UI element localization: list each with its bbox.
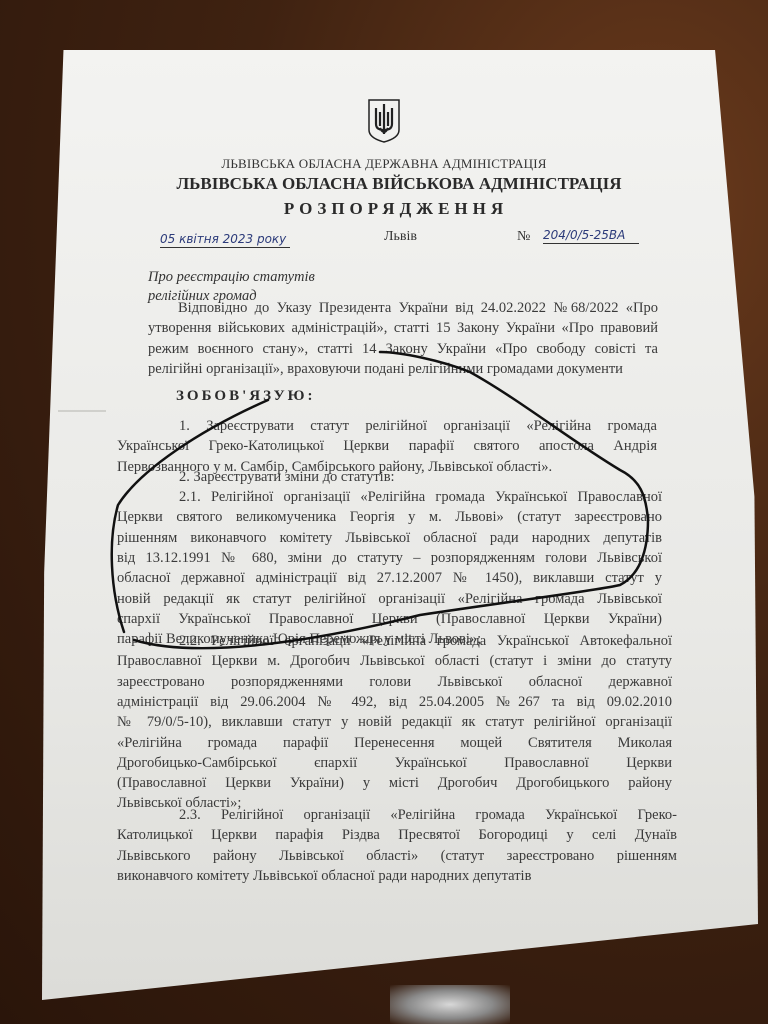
subject-line: Про реєстрацію статутів <box>148 268 315 287</box>
text-line: Дрогобицько-Самбірської єпархії Українсь… <box>117 754 672 774</box>
text-line: новій редакції як статут релігійної орга… <box>117 590 662 610</box>
text-line: від 13.12.1991 № 680, зміни до статуту –… <box>117 549 662 569</box>
text-line: Львівського району Львівської області» (… <box>117 847 677 867</box>
text-line: релігійні організації», враховуючи подан… <box>148 360 658 380</box>
city: Львів <box>384 229 417 245</box>
text-line: 1. Зареєструвати статут релігійної орган… <box>179 417 657 437</box>
handwritten-number: 204/0/5-25ВА <box>543 228 639 244</box>
text-line: Католицької Церкви парафія Різдва Пресвя… <box>117 826 677 846</box>
text-line: (Православної Церкви України) у місті Др… <box>117 774 672 794</box>
handwritten-date: 05 квітня 2023 року <box>160 232 290 248</box>
header-decree-title: РОЗПОРЯДЖЕННЯ <box>0 199 768 219</box>
header-military-admin: ЛЬВІВСЬКА ОБЛАСНА ВІЙСЬКОВА АДМІНІСТРАЦІ… <box>0 174 768 194</box>
number-label: № <box>517 229 530 245</box>
text-line: Відповідно до Указу Президента України в… <box>178 299 658 319</box>
obligation-heading: ЗОБОВ'ЯЗУЮ: <box>176 388 316 405</box>
ukraine-trident-icon <box>367 98 401 144</box>
decree-document: ЛЬВІВСЬКА ОБЛАСНА ДЕРЖАВНА АДМІНІСТРАЦІЯ… <box>0 0 768 1024</box>
text-line: 2.2. Релігійної організації «Релігійна г… <box>179 632 672 652</box>
text-line: рішенням виконавчого комітету Львівської… <box>117 529 662 549</box>
text-line: єпархії Української Православної Церкви … <box>117 610 662 630</box>
text-line: Церкви святого великомученика Георгія у … <box>117 508 662 528</box>
text-line: 2. Зареєструвати зміни до статутів: <box>179 468 479 488</box>
text-line: адміністрації від 29.06.2004 № 492, від … <box>117 693 672 713</box>
text-line: утворення військових адміністрацій», ста… <box>148 319 658 339</box>
header-state-admin: ЛЬВІВСЬКА ОБЛАСНА ДЕРЖАВНА АДМІНІСТРАЦІЯ <box>0 156 768 172</box>
text-line: обласної державної адміністрації від 27.… <box>117 569 662 589</box>
text-line: режим воєнного стану», статті 14 Закону … <box>148 340 658 360</box>
text-line: зареєстровано розпорядженнями голови Льв… <box>117 673 672 693</box>
text-line: Української Греко-Католицької Церкви пар… <box>117 437 657 457</box>
text-line: 2.3. Релігійної організації «Релігійна г… <box>179 806 677 826</box>
text-line: Православної Церкви м. Дрогобич Львівськ… <box>117 652 672 672</box>
text-line: «Релігійна громада парафії Перенесення м… <box>117 734 672 754</box>
text-line: 2.1. Релігійної організації «Релігійна г… <box>179 488 662 508</box>
text-line: виконавчого комітету Львівської обласної… <box>117 867 677 887</box>
text-line: № 79/0/5-10), виклавши статут у новій ре… <box>117 713 672 733</box>
